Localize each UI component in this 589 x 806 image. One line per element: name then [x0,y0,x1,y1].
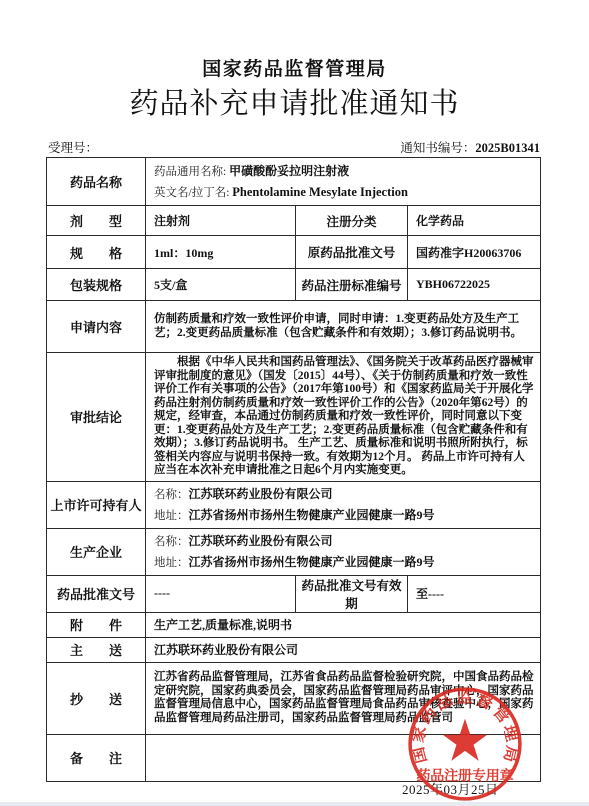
generic-name-line: 药品通用名称: 甲磺酸酚妥拉明注射液 [154,161,534,182]
label-approval-no-validity: 药品批准文号有效期 [296,575,408,612]
label-remarks: 备 注 [47,734,146,781]
value-approval-no-validity: 至---- [408,575,541,612]
holder-name-line: 名称：江苏联环药业股份有限公司 [154,484,534,505]
label-approval-conclusion: 审批结论 [47,353,146,482]
label-dosage-form: 剂 型 [47,206,146,236]
holder-name-value: 江苏联环药业股份有限公司 [189,487,333,501]
english-name-line: 英文名/拉丁名: Phentolamine Mesylate Injection [154,182,534,203]
table-row: 生产企业 名称：江苏联环药业股份有限公司 地址：江苏省扬州市扬州生物健康产业园健… [47,528,541,575]
table-row: 药品批准文号 ---- 药品批准文号有效期 至---- [47,575,541,612]
label-main-recipient: 主 送 [47,637,146,662]
generic-name-value: 甲磺酸酚妥拉明注射液 [229,164,349,178]
value-approval-conclusion: 根据《中华人民共和国药品管理法》、《国务院关于改革药品医疗器械审评审批制度的意见… [146,353,541,482]
table-row: 审批结论 根据《中华人民共和国药品管理法》、《国务院关于改革药品医疗器械审评审批… [47,353,541,482]
value-dosage-form: 注射剂 [146,206,296,236]
table-row: 规 格 1ml：10mg 原药品批准文号 国药准字H20063706 [47,236,541,269]
label-registration-class: 注册分类 [296,206,408,236]
table-row: 附 件 生产工艺,质量标准,说明书 [47,612,541,637]
holder-address-value: 江苏省扬州市扬州生物健康产业园健康一路9号 [189,508,435,522]
table-row: 包装规格 5支/盒 药品注册标准编号 YBH06722025 [47,269,541,301]
label-drug-approval-no: 药品批准文号 [47,575,146,612]
seal-star-icon [443,719,488,761]
holder-name-label: 名称： [154,489,189,501]
manufacturer-address-value: 江苏省扬州市扬州生物健康产业园健康一路9号 [189,555,435,569]
holder-address-label: 地址： [154,510,189,522]
meta-row: 受理号： 通知书编号：2025B01341 [48,138,540,156]
value-drug-name: 药品通用名称: 甲磺酸酚妥拉明注射液 英文名/拉丁名: Phentolamine… [146,158,541,206]
table-row: 主 送 江苏联环药业股份有限公司 [47,637,541,662]
official-seal-icon: 国家药品监督管理局 药品注册专用章 [404,683,526,805]
table-row: 药品名称 药品通用名称: 甲磺酸酚妥拉明注射液 英文名/拉丁名: Phentol… [47,158,541,206]
manufacturer-name-line: 名称：江苏联环药业股份有限公司 [154,531,534,552]
table-row: 申请内容 仿制药质量和疗效一致性评价申请，同时申请：1.变更药品处方及生产工艺；… [47,301,541,353]
value-attachments: 生产工艺,质量标准,说明书 [146,612,541,637]
notice-number-value: 2025B01341 [475,141,540,155]
value-registration-class: 化学药品 [408,206,541,236]
manufacturer-address-line: 地址：江苏省扬州市扬州生物健康产业园健康一路9号 [154,552,534,573]
notice-number: 通知书编号：2025B01341 [400,138,540,156]
document-page: 国家药品监督管理局 药品补充申请批准通知书 受理号： 通知书编号：2025B01… [0,0,589,806]
label-license-holder: 上市许可持有人 [47,481,146,528]
value-license-holder: 名称：江苏联环药业股份有限公司 地址：江苏省扬州市扬州生物健康产业园健康一路9号 [146,481,541,528]
table-row: 上市许可持有人 名称：江苏联环药业股份有限公司 地址：江苏省扬州市扬州生物健康产… [47,481,541,528]
label-original-approval-no: 原药品批准文号 [296,236,408,269]
english-name-label: 英文名/拉丁名: [154,187,232,199]
label-application-content: 申请内容 [47,301,146,353]
value-specification: 1ml：10mg [146,236,296,269]
english-name-value: Phentolamine Mesylate Injection [232,185,408,199]
seal-bottom-text: 药品注册专用章 [416,767,514,785]
label-package-spec: 包装规格 [47,269,146,301]
manufacturer-name-value: 江苏联环药业股份有限公司 [189,534,333,548]
label-drug-name: 药品名称 [47,158,146,206]
label-specification: 规 格 [47,236,146,269]
generic-name-label: 药品通用名称: [154,166,229,178]
agency-name: 国家药品监督管理局 [0,54,589,81]
manufacturer-name-label: 名称： [154,536,189,548]
label-registration-standard-no: 药品注册标准编号 [296,269,408,301]
notice-number-label: 通知书编号： [400,141,475,155]
value-registration-standard-no: YBH06722025 [408,269,541,301]
manufacturer-address-label: 地址： [154,557,189,569]
label-cc-recipients: 抄 送 [47,662,146,734]
holder-address-line: 地址：江苏省扬州市扬州生物健康产业园健康一路9号 [154,505,534,526]
value-original-approval-no: 国药准字H20063706 [408,236,541,269]
label-attachments: 附 件 [47,612,146,637]
value-application-content: 仿制药质量和疗效一致性评价申请，同时申请：1.变更药品处方及生产工艺；2.变更药… [146,301,541,353]
value-main-recipient: 江苏联环药业股份有限公司 [146,637,541,662]
acceptance-number-label: 受理号： [48,138,98,156]
value-package-spec: 5支/盒 [146,269,296,301]
value-drug-approval-no: ---- [146,575,296,612]
table-row: 剂 型 注射剂 注册分类 化学药品 [47,206,541,236]
label-manufacturer: 生产企业 [47,528,146,575]
document-title: 药品补充申请批准通知书 [0,81,589,122]
value-manufacturer: 名称：江苏联环药业股份有限公司 地址：江苏省扬州市扬州生物健康产业园健康一路9号 [146,528,541,575]
